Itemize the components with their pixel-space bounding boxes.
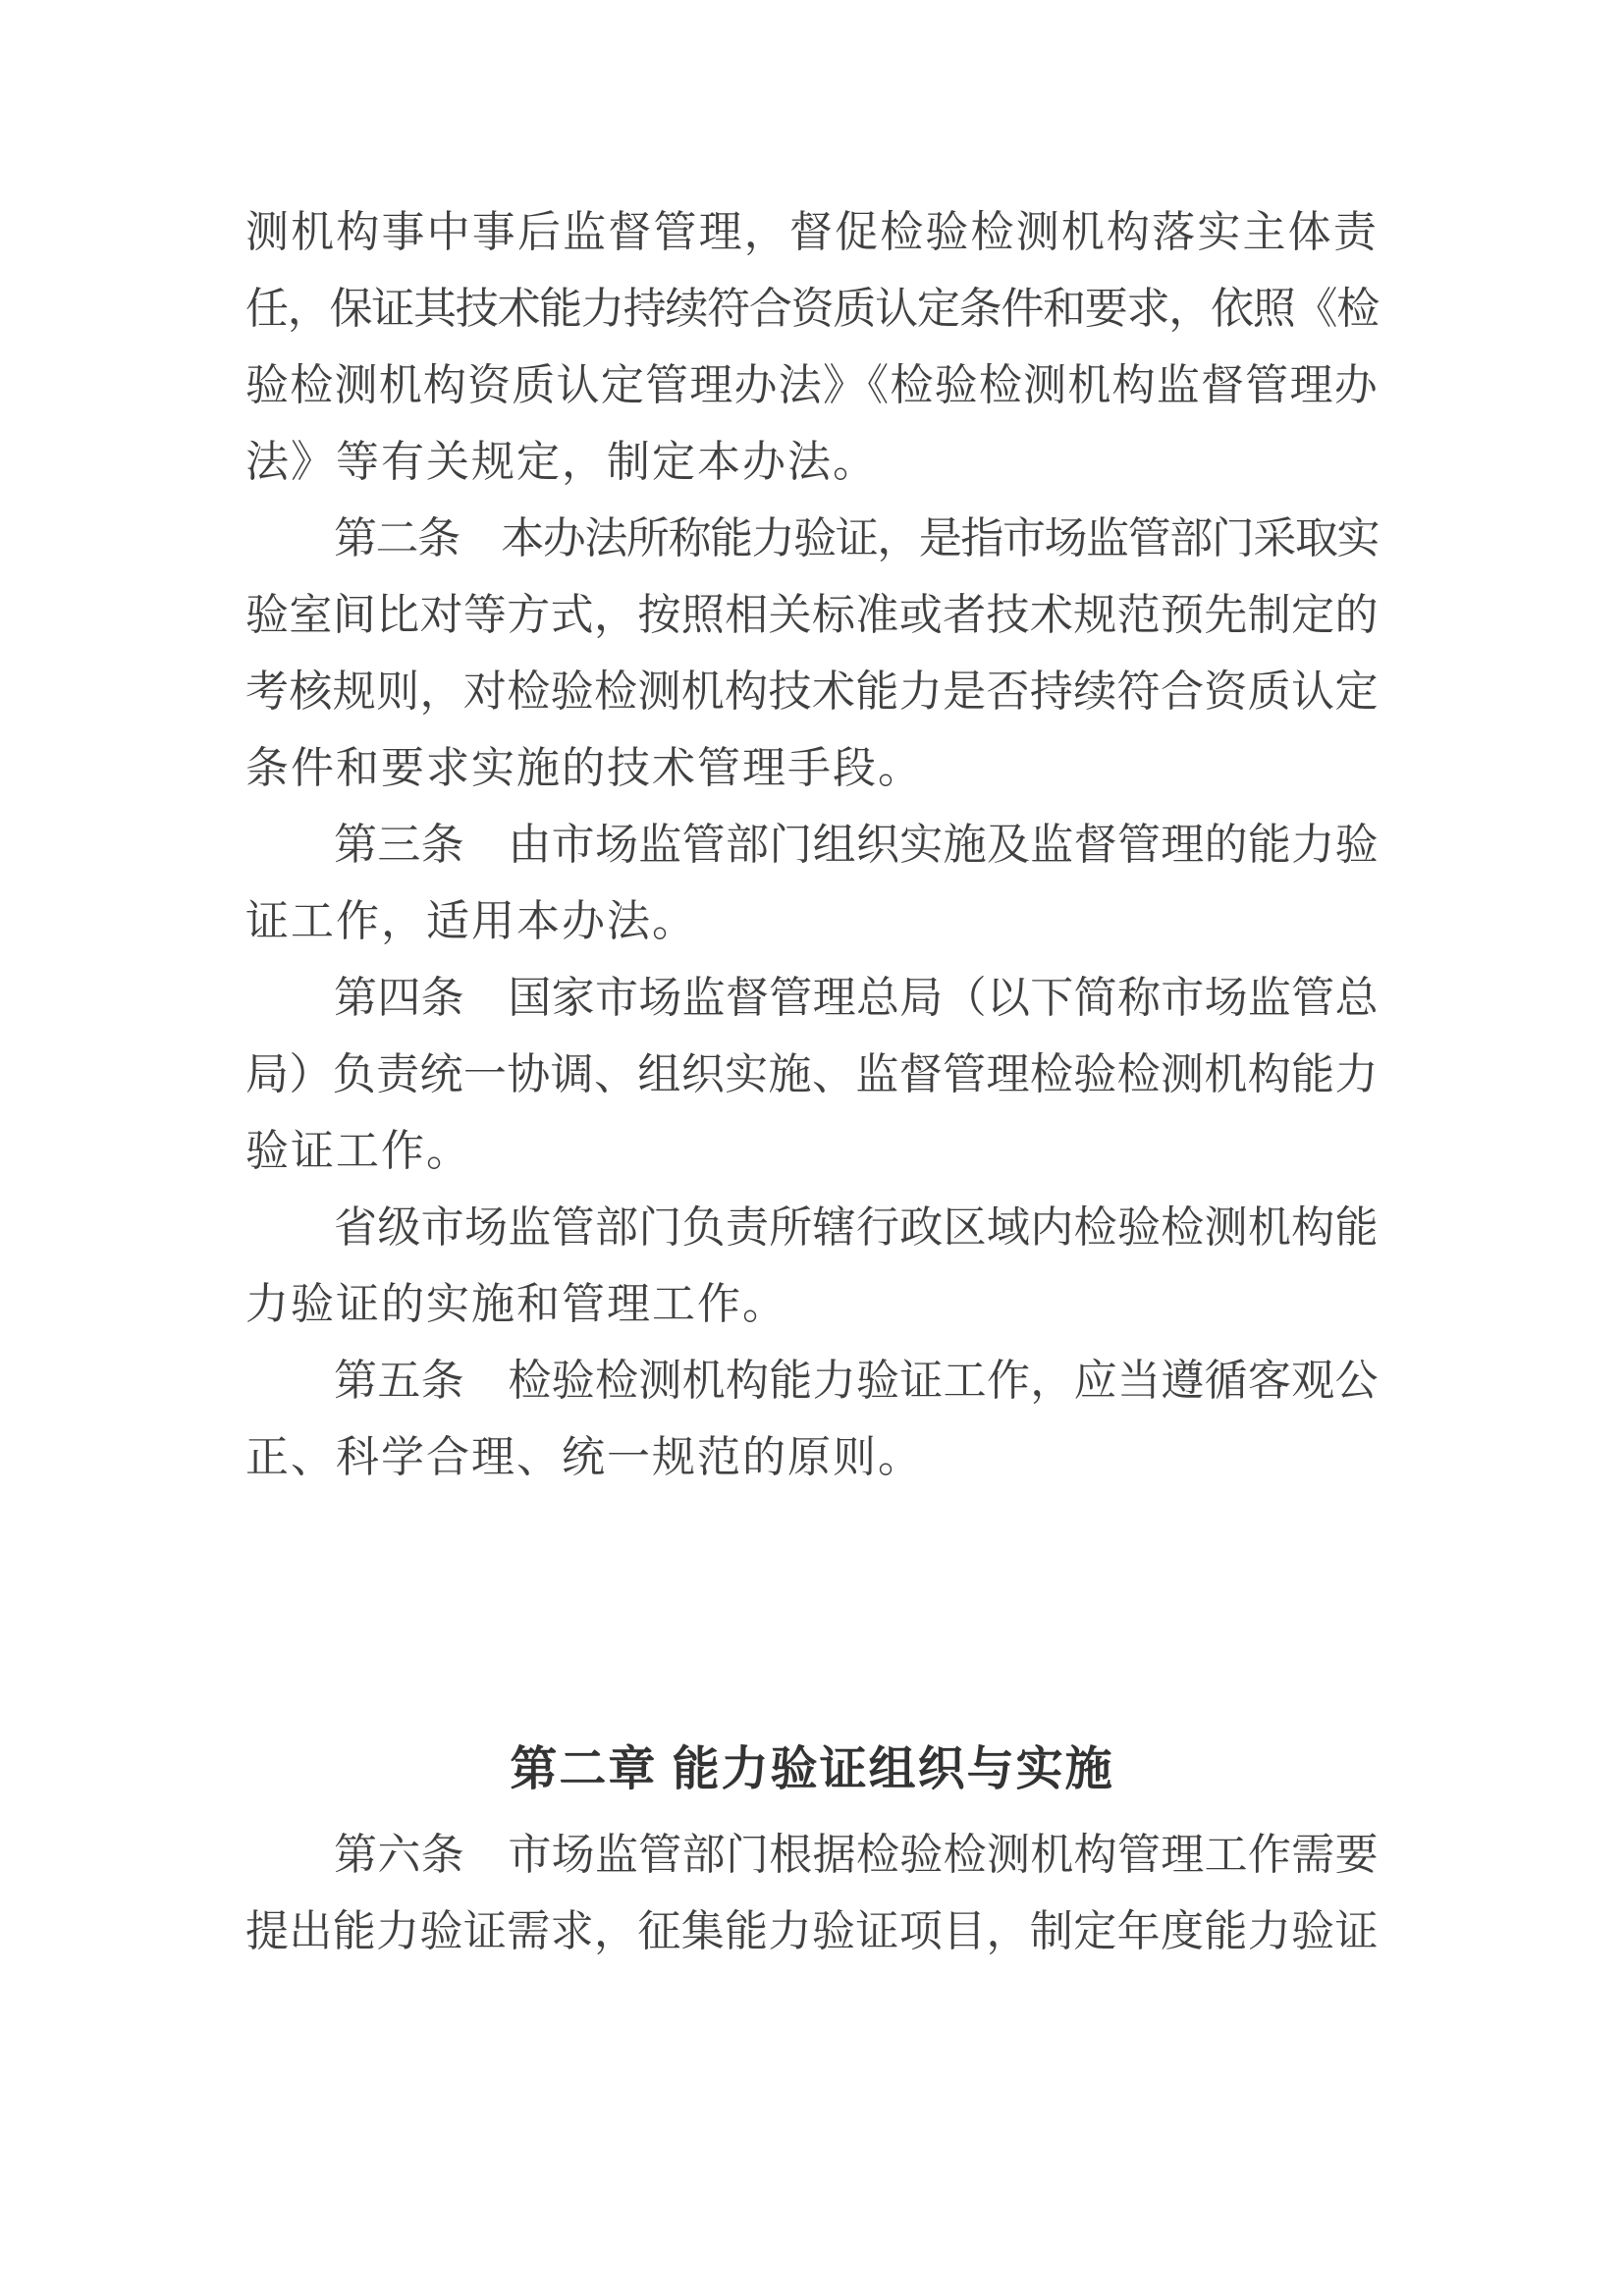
chapter-heading: 第二章 能力验证组织与实施	[245, 1732, 1379, 1808]
body-text-after-heading: 第六条 市场监管部门根据检验检测机构管理工作需要提出能力验证需求，征集能力验证项…	[245, 1817, 1379, 1970]
body-text-before-heading: 测机构事中事后监督管理，督促检验检测机构落实主体责任，保证其技术能力持续符合资质…	[245, 194, 1379, 1496]
text-line: 第二条 本办法所称能力验证，是指市场监管部门采取实	[245, 501, 1379, 577]
text-line: 验检测机构资质认定管理办法》《检验检测机构监督管理办	[245, 347, 1379, 424]
text-line: 验室间比对等方式，按照相关标准或者技术规范预先制定的	[245, 577, 1379, 654]
text-line: 验证工作。	[245, 1113, 1379, 1190]
text-line: 正、科学合理、统一规范的原则。	[245, 1419, 1379, 1496]
text-line: 力验证的实施和管理工作。	[245, 1266, 1379, 1343]
text-line: 法》等有关规定，制定本办法。	[245, 424, 1379, 501]
document-body: 测机构事中事后监督管理，督促检验检测机构落实主体责任，保证其技术能力持续符合资质…	[245, 194, 1379, 1970]
text-line: 第五条 检验检测机构能力验证工作，应当遵循客观公	[245, 1343, 1379, 1419]
text-line: 测机构事中事后监督管理，督促检验检测机构落实主体责	[245, 194, 1379, 271]
text-line: 提出能力验证需求，征集能力验证项目，制定年度能力验证	[245, 1894, 1379, 1970]
text-line: 第六条 市场监管部门根据检验检测机构管理工作需要	[245, 1817, 1379, 1894]
text-line: 考核规则，对检验检测机构技术能力是否持续符合资质认定	[245, 654, 1379, 730]
document-page: 测机构事中事后监督管理，督促检验检测机构落实主体责任，保证其技术能力持续符合资质…	[0, 0, 1624, 2296]
text-line: 局）负责统一协调、组织实施、监督管理检验检测机构能力	[245, 1037, 1379, 1113]
text-line: 任，保证其技术能力持续符合资质认定条件和要求，依照《检	[245, 271, 1379, 347]
text-line: 第三条 由市场监管部门组织实施及监督管理的能力验	[245, 807, 1379, 883]
text-line: 条件和要求实施的技术管理手段。	[245, 730, 1379, 807]
text-line: 第四条 国家市场监督管理总局（以下简称市场监管总	[245, 960, 1379, 1037]
text-line: 省级市场监管部门负责所辖行政区域内检验检测机构能	[245, 1190, 1379, 1266]
text-line: 证工作，适用本办法。	[245, 883, 1379, 960]
